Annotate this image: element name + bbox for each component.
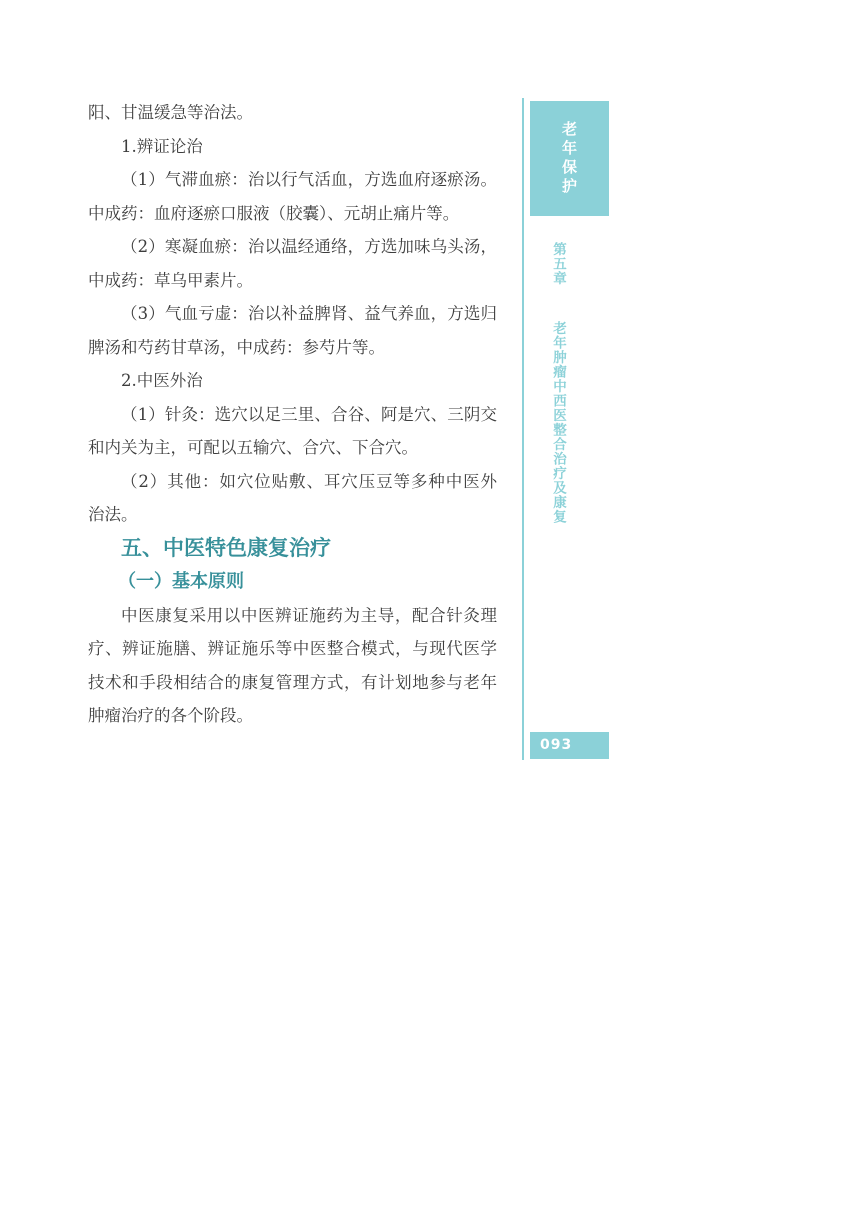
body-text-line: （2）其他：如穴位贴敷、耳穴压豆等多种中医外 [88, 465, 497, 499]
body-text-line: （1）针灸：选穴以足三里、合谷、阿是穴、三阴交 [88, 398, 497, 432]
page: 阳、甘温缓急等治法。 1.辨证论治 （1）气滞血瘀：治以行气活血，方选血府逐瘀汤… [0, 0, 867, 1218]
body-text-line: 和内关为主，可配以五输穴、合穴、下合穴。 [88, 431, 497, 465]
body-text-line: 阳、甘温缓急等治法。 [88, 96, 497, 130]
chapter-title-vertical: 第五章 老年肿瘤中西医整合治疗及康复 [540, 242, 568, 762]
body-text-line: 中成药：草乌甲素片。 [88, 264, 497, 298]
body-text-line: 技术和手段相结合的康复管理方式，有计划地参与老年 [88, 666, 497, 700]
body-text-line: 中医康复采用以中医辨证施药为主导，配合针灸理 [88, 599, 497, 633]
body-text-line: 中成药：血府逐瘀口服液（胶囊）、元胡止痛片等。 [88, 197, 497, 231]
basic-principles-paragraph: 中医康复采用以中医辨证施药为主导，配合针灸理 疗、辨证施膳、辨证施乐等中医整合模… [88, 599, 497, 733]
book-title-vertical-text: 老年保护 [559, 121, 580, 197]
subsection-heading: （一）基本原则 [88, 567, 497, 597]
body-text-line: （1）气滞血瘀：治以行气活血，方选血府逐瘀汤。 [88, 163, 497, 197]
sidebar-rule [522, 98, 524, 760]
main-text-column: 阳、甘温缓急等治法。 1.辨证论治 （1）气滞血瘀：治以行气活血，方选血府逐瘀汤… [88, 96, 497, 733]
chapter-title: 老年肿瘤中西医整合治疗及康复 [550, 321, 566, 524]
body-text-line: （3）气血亏虚：治以补益脾肾、益气养血，方选归 [88, 297, 497, 331]
section-heading: 五、中医特色康复治疗 [88, 532, 497, 565]
body-text-line: 2.中医外治 [88, 364, 497, 398]
body-text-line: 疗、辨证施膳、辨证施乐等中医整合模式，与现代医学 [88, 632, 497, 666]
body-text-line: 1.辨证论治 [88, 130, 497, 164]
chapter-number: 第五章 [550, 242, 566, 286]
body-text-line: （2）寒凝血瘀：治以温经通络，方选加味乌头汤， [88, 230, 497, 264]
body-text-line: 治法。 [88, 498, 497, 532]
page-number-badge: 093 [530, 732, 609, 759]
body-text-line: 肿瘤治疗的各个阶段。 [88, 699, 497, 733]
book-title-tab: 老年保护 [530, 101, 609, 216]
body-text-line: 脾汤和芍药甘草汤，中成药：参芍片等。 [88, 331, 497, 365]
